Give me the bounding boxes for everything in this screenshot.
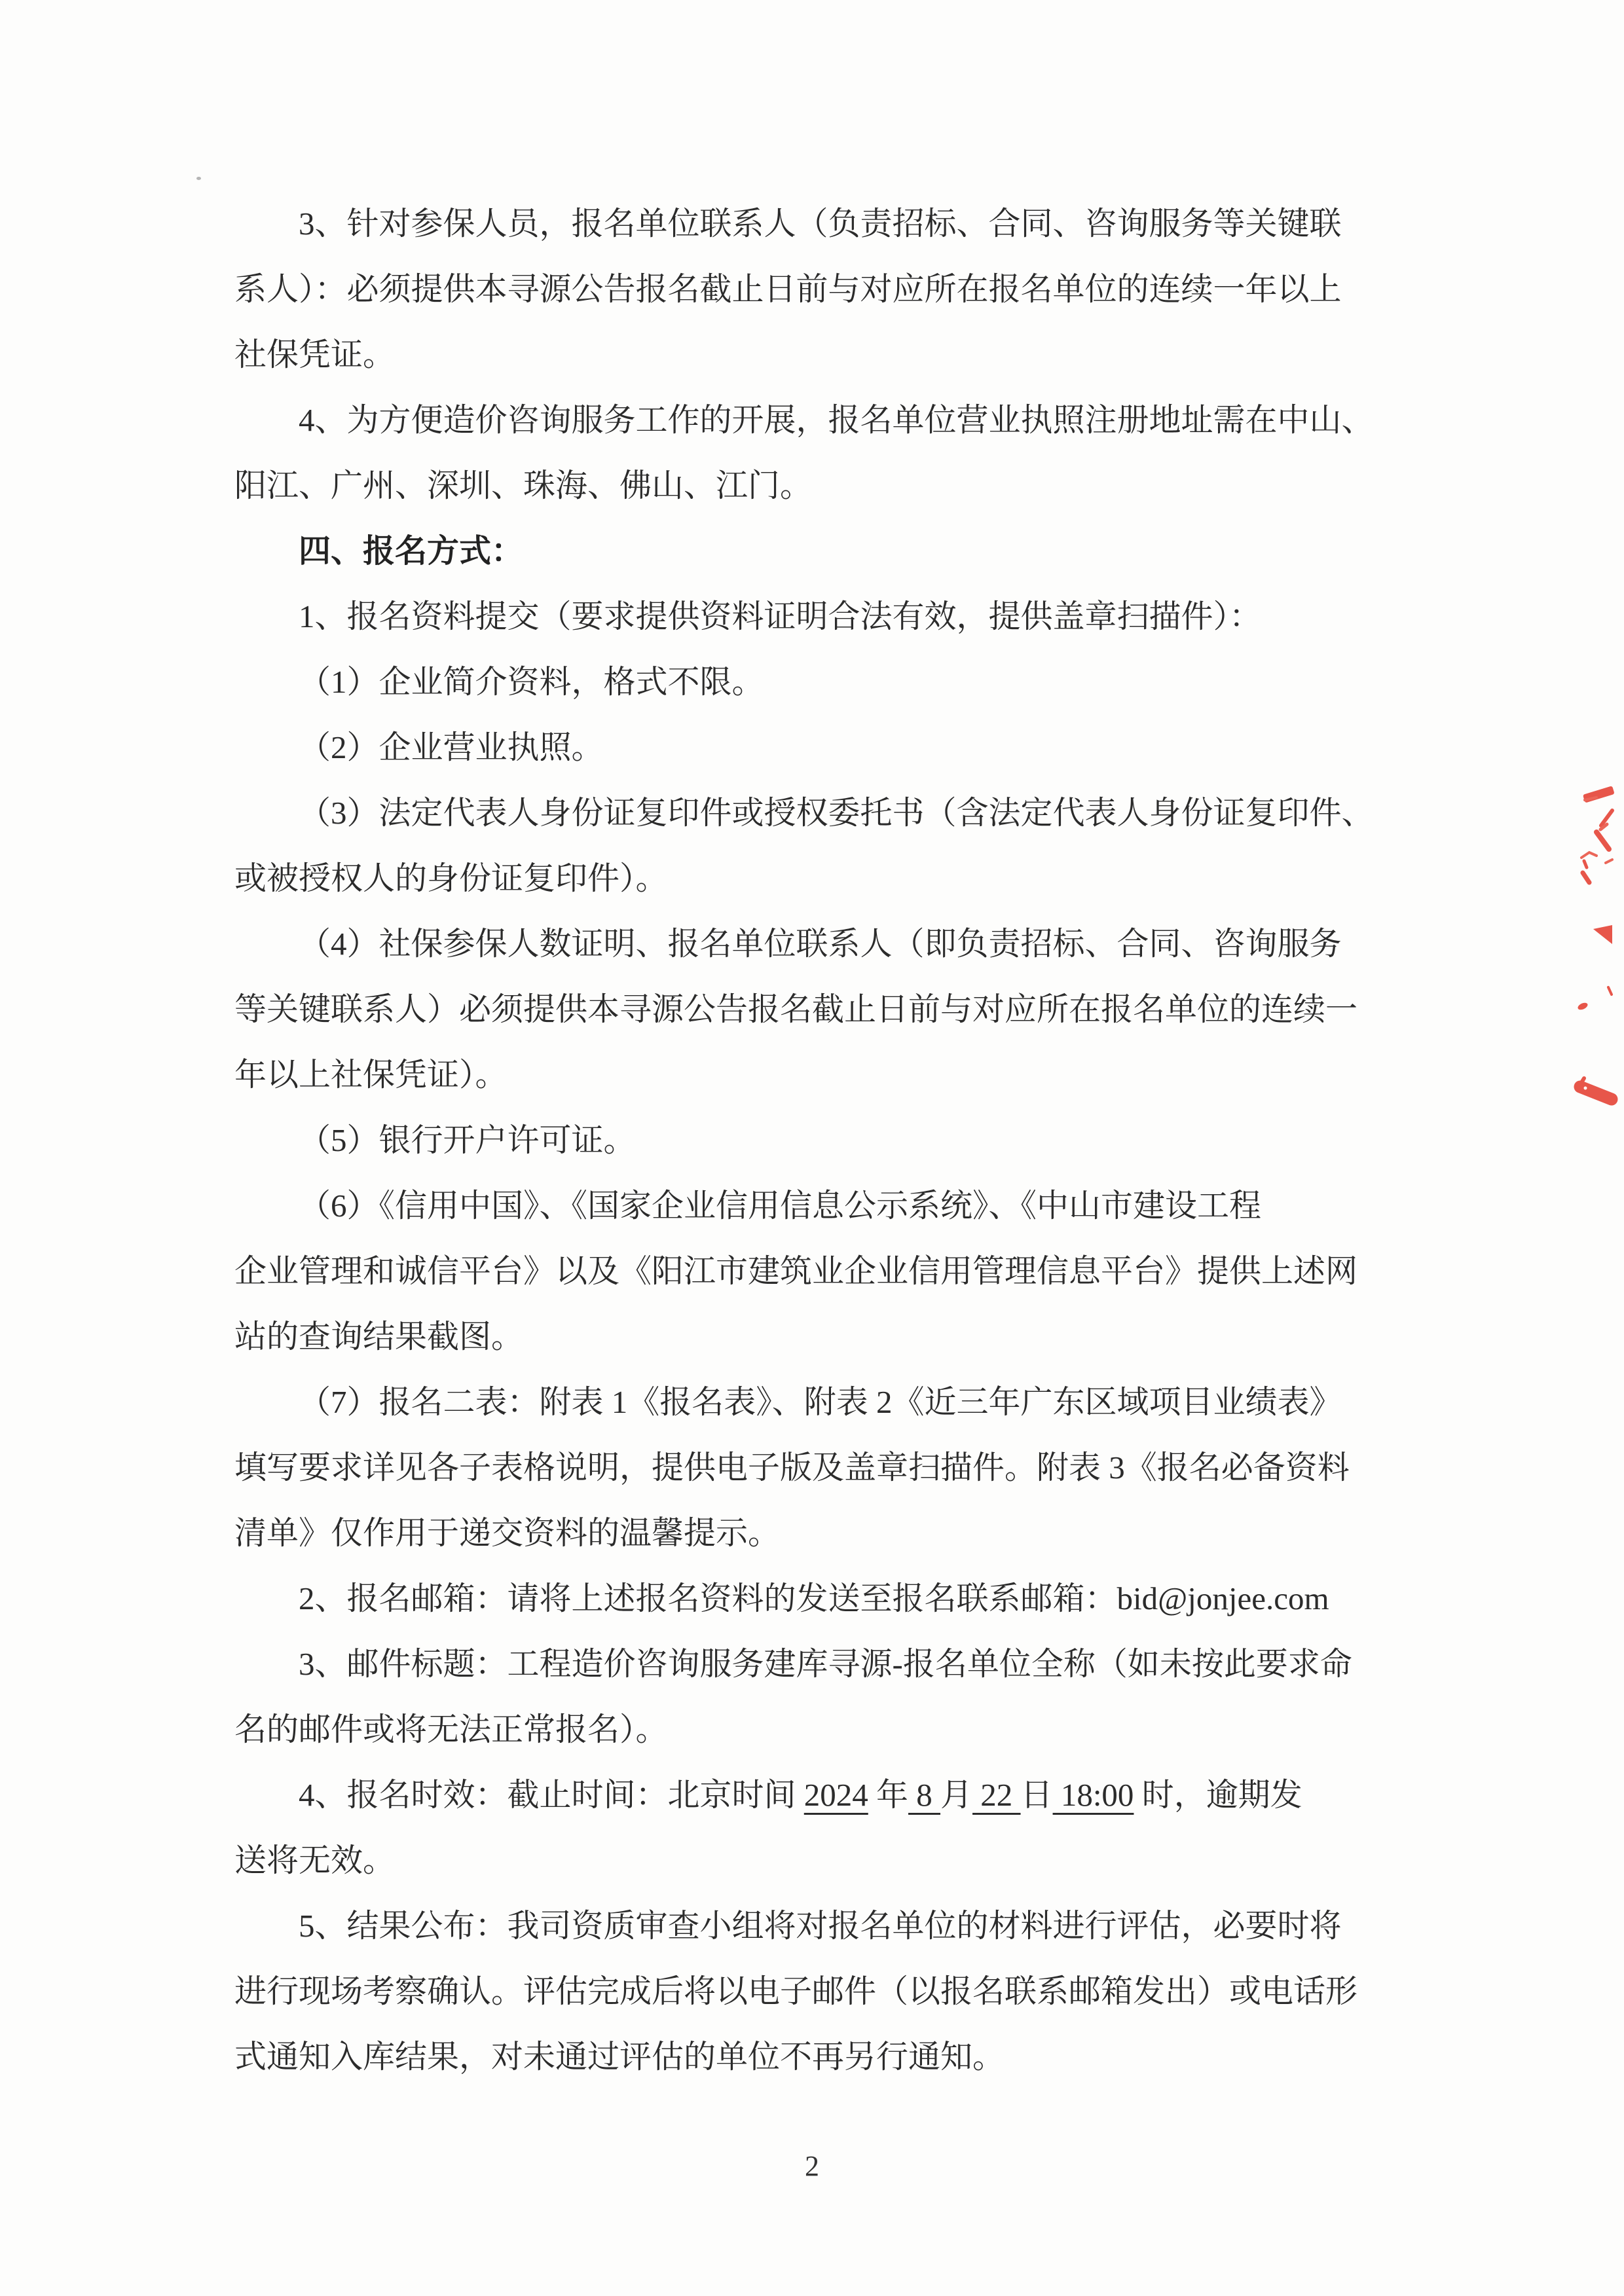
text-segment: 日: [1021, 1777, 1053, 1813]
document-line: （1）企业简介资料，格式不限。: [234, 649, 1374, 715]
document-line: 填写要求详见各子表格说明，提供电子版及盖章扫描件。附表 3《报名必备资料: [234, 1435, 1374, 1501]
document-line: 站的查询结果截图。: [234, 1304, 1374, 1370]
document-body: 3、针对参保人员，报名单位联系人（负责招标、合同、咨询服务等关键联系人）：必须提…: [234, 191, 1374, 2090]
document-line: 等关键联系人）必须提供本寻源公告报名截止日前与对应所在报名单位的连续一: [234, 977, 1374, 1042]
document-page: 3、针对参保人员，报名单位联系人（负责招标、合同、咨询服务等关键联系人）：必须提…: [0, 0, 1624, 2296]
document-line: 2、报名邮箱：请将上述报名资料的发送至报名联系邮箱：bid@jonjee.com: [234, 1566, 1374, 1631]
scan-speck: [196, 177, 201, 180]
document-line: 或被授权人的身份证复印件）。: [234, 846, 1374, 911]
document-line: 1、报名资料提交（要求提供资料证明合法有效，提供盖章扫描件）：: [234, 584, 1374, 649]
document-line: （3）法定代表人身份证复印件或授权委托书（含法定代表人身份证复印件、: [234, 780, 1374, 846]
document-line: （6）《信用中国》、《国家企业信用信息公示系统》、《中山市建设工程: [234, 1173, 1374, 1239]
document-line: （4）社保参保人数证明、报名单位联系人（即负责招标、合同、咨询服务: [234, 911, 1374, 977]
document-line: 系人）：必须提供本寻源公告报名截止日前与对应所在报名单位的连续一年以上: [234, 257, 1374, 322]
document-line: 式通知入库结果，对未通过评估的单位不再另行通知。: [234, 2024, 1374, 2090]
document-line: （7）报名二表：附表 1《报名表》、附表 2《近三年广东区域项目业绩表》: [234, 1370, 1374, 1435]
document-line: 企业管理和诚信平台》以及《阳江市建筑业企业信用管理信息平台》提供上述网: [234, 1239, 1374, 1304]
text-segment: 4、报名时效：截止时间：北京时间: [299, 1777, 804, 1813]
red-seal-fragment: [1572, 782, 1624, 1123]
document-line: 3、针对参保人员，报名单位联系人（负责招标、合同、咨询服务等关键联: [234, 191, 1374, 257]
document-line: 清单》仅作用于递交资料的温馨提示。: [234, 1501, 1374, 1566]
document-line: 四、报名方式：: [234, 519, 1374, 584]
text-segment: 时，逾期发: [1134, 1777, 1302, 1813]
document-line: 3、邮件标题：工程造价咨询服务建库寻源-报名单位全称（如未按此要求命: [234, 1631, 1374, 1697]
underlined-text: 18:00: [1053, 1777, 1134, 1813]
document-line: 社保凭证。: [234, 322, 1374, 388]
document-line: （5）银行开户许可证。: [234, 1108, 1374, 1173]
document-line: 4、报名时效：截止时间：北京时间 2024 年 8 月 22 日 18:00 时…: [234, 1762, 1374, 1828]
document-line: 4、为方便造价咨询服务工作的开展，报名单位营业执照注册地址需在中山、: [234, 388, 1374, 453]
document-line: 5、结果公布：我司资质审查小组将对报名单位的材料进行评估，必要时将: [234, 1893, 1374, 1959]
text-segment: 月: [940, 1777, 972, 1813]
page-number: 2: [0, 2149, 1624, 2183]
document-line: 年以上社保凭证）。: [234, 1042, 1374, 1108]
document-line: 阳江、广州、深圳、珠海、佛山、江门。: [234, 453, 1374, 519]
document-line: 名的邮件或将无法正常报名）。: [234, 1697, 1374, 1762]
document-line: 送将无效。: [234, 1828, 1374, 1893]
text-segment: 年: [868, 1777, 908, 1813]
document-line: （2）企业营业执照。: [234, 715, 1374, 780]
underlined-text: 22: [972, 1777, 1021, 1813]
underlined-text: 2024: [804, 1777, 868, 1813]
underlined-text: 8: [908, 1777, 940, 1813]
document-line: 进行现场考察确认。评估完成后将以电子邮件（以报名联系邮箱发出）或电话形: [234, 1959, 1374, 2024]
